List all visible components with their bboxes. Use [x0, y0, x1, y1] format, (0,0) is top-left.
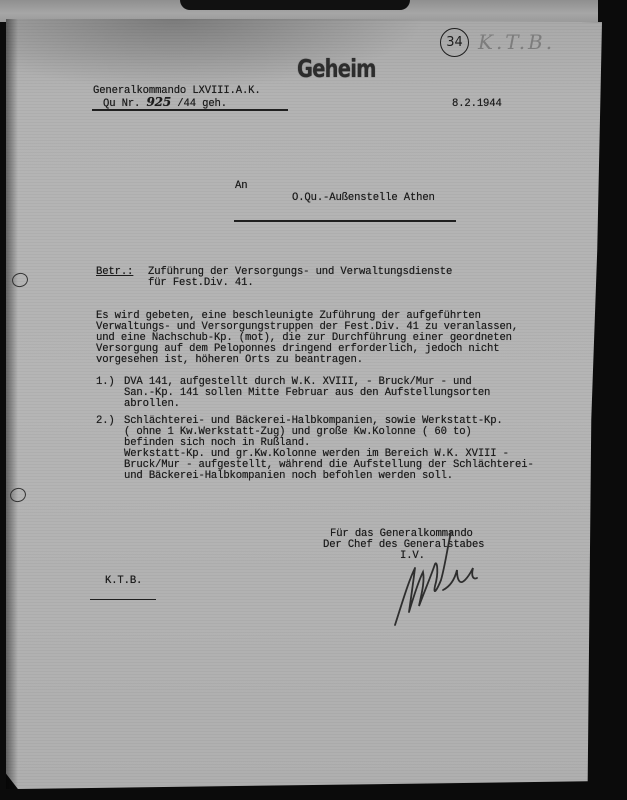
reference-number: 925	[146, 95, 171, 109]
sender-unit: Generalkommando LXVIII.A.K.	[93, 86, 261, 97]
recipient-name: O.Qu.-Außenstelle Athen	[292, 193, 435, 204]
distribution-underline	[90, 599, 156, 600]
document-date: 8.2.1944	[452, 99, 502, 110]
document-paper	[6, 19, 602, 789]
binding-shadow	[6, 19, 18, 789]
item-number: 2.)	[96, 416, 115, 427]
item-line: und Bäckerei-Halbkompanien noch befohlen…	[124, 471, 453, 482]
scan-shadow	[180, 0, 410, 10]
distribution-ktb: K.T.B.	[105, 576, 142, 587]
subject-label: Betr.:	[96, 267, 133, 278]
classification-stamp: Geheim	[297, 54, 376, 83]
sender-underline	[92, 109, 288, 111]
subject-line-2: für Fest.Div. 41.	[148, 278, 254, 289]
item-number: 1.)	[96, 377, 115, 388]
recipient-label: An	[235, 181, 247, 192]
pencil-annotation: K.T.B.	[478, 30, 555, 54]
handwritten-signature-icon	[385, 520, 495, 630]
item-line: abrollen.	[124, 399, 180, 410]
archive-number-circle: 34	[440, 28, 469, 57]
body-line: vorgesehen ist, höheren Orts zu beantrag…	[96, 355, 363, 366]
scanned-page: 34 K.T.B. Geheim Generalkommando LXVIII.…	[0, 0, 627, 800]
recipient-underline	[234, 220, 456, 222]
